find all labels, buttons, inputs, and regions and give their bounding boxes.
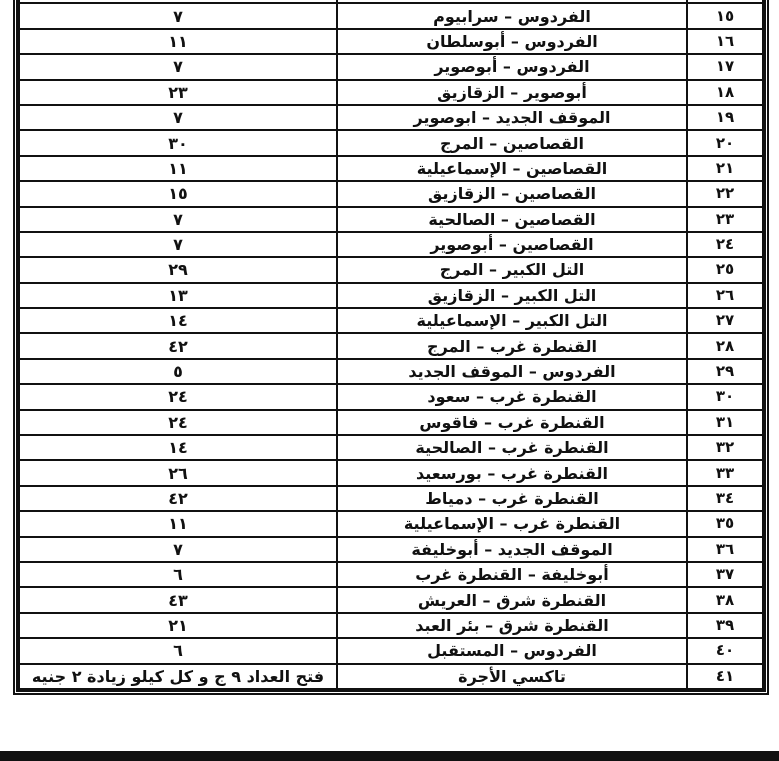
row-number-cell: ٣٢ [687, 435, 763, 460]
row-number-cell: ٢٥ [687, 257, 763, 282]
table-row: ٢٩الفردوس – الموقف الجديد٥ [19, 359, 763, 384]
table-row: ٣٧أبوخليفة – القنطرة غرب٦ [19, 562, 763, 587]
row-number-cell: ٣١ [687, 410, 763, 435]
fare-cell: ٢٣ [19, 80, 337, 105]
row-number-cell: ٢٢ [687, 181, 763, 206]
route-cell: الفردوس – أبوسلطان [337, 29, 687, 54]
row-number-cell: ٣٩ [687, 613, 763, 638]
table-row: ١٥الفردوس – سرابيوم٧ [19, 3, 763, 28]
fare-cell: ٣٠ [19, 130, 337, 155]
row-number-cell: ٢١ [687, 156, 763, 181]
route-cell: تاكسي الأجرة [337, 664, 687, 689]
row-number-cell: ٢٨ [687, 333, 763, 358]
fare-cell: ٤٢ [19, 486, 337, 511]
fare-table-body: ١٤١٥الفردوس – سرابيوم٧١٦الفردوس – أبوسلط… [19, 0, 763, 689]
route-cell: الفردوس – الموقف الجديد [337, 359, 687, 384]
page-bottom-rule [0, 751, 779, 761]
route-cell: التل الكبير – الزقازيق [337, 283, 687, 308]
fare-cell: ٢٤ [19, 410, 337, 435]
table-row: ٢٦التل الكبير – الزقازيق١٣ [19, 283, 763, 308]
route-cell: التل الكبير – المرج [337, 257, 687, 282]
fare-cell: ١٥ [19, 181, 337, 206]
fare-cell: ٢٩ [19, 257, 337, 282]
route-cell: التل الكبير – الإسماعيلية [337, 308, 687, 333]
table-row: ٢٢القصاصين – الزقازيق١٥ [19, 181, 763, 206]
table-row: ١٩الموقف الجديد – ابوصوير٧ [19, 105, 763, 130]
fare-cell: ٢٦ [19, 460, 337, 485]
table-row: ٣١القنطرة غرب – فاقوس٢٤ [19, 410, 763, 435]
table-row: ٣٥القنطرة غرب – الإسماعيلية١١ [19, 511, 763, 536]
row-number-cell: ٢٩ [687, 359, 763, 384]
fare-cell: ٦ [19, 638, 337, 663]
route-cell: القنطرة غرب – فاقوس [337, 410, 687, 435]
table-row: ٢٤القصاصين – أبوصوير٧ [19, 232, 763, 257]
fare-table-frame: ١٤١٥الفردوس – سرابيوم٧١٦الفردوس – أبوسلط… [13, 0, 769, 695]
row-number-cell: ٣٨ [687, 587, 763, 612]
table-row: ٣٦الموقف الجديد – أبوخليفة٧ [19, 537, 763, 562]
fare-cell: ٢٤ [19, 384, 337, 409]
row-number-cell: ١٩ [687, 105, 763, 130]
route-cell: القصاصين – الصالحية [337, 207, 687, 232]
route-cell: القصاصين – أبوصوير [337, 232, 687, 257]
table-row: ٣٨القنطرة شرق – العريش٤٣ [19, 587, 763, 612]
route-cell: الموقف الجديد – أبوخليفة [337, 537, 687, 562]
row-number-cell: ١٨ [687, 80, 763, 105]
table-row: ٢٧التل الكبير – الإسماعيلية١٤ [19, 308, 763, 333]
row-number-cell: ٢٣ [687, 207, 763, 232]
route-cell: القصاصين – المرج [337, 130, 687, 155]
fare-table: ١٤١٥الفردوس – سرابيوم٧١٦الفردوس – أبوسلط… [18, 0, 764, 690]
route-cell: الفردوس – المستقبل [337, 638, 687, 663]
table-row: ٣٩القنطرة شرق – بئر العبد٢١ [19, 613, 763, 638]
fare-cell: ٤٢ [19, 333, 337, 358]
table-row: ٢٠القصاصين – المرج٣٠ [19, 130, 763, 155]
fare-cell: ٥ [19, 359, 337, 384]
row-number-cell: ٢٠ [687, 130, 763, 155]
route-cell: القصاصين – الإسماعيلية [337, 156, 687, 181]
fare-cell: ١٣ [19, 283, 337, 308]
row-number-cell: ٣٦ [687, 537, 763, 562]
row-number-cell: ٣٠ [687, 384, 763, 409]
fare-cell: ٦ [19, 562, 337, 587]
row-number-cell: ٢٧ [687, 308, 763, 333]
row-number-cell: ٣٣ [687, 460, 763, 485]
row-number-cell: ٣٤ [687, 486, 763, 511]
fare-cell: ٧ [19, 207, 337, 232]
table-row: ٢٣القصاصين – الصالحية٧ [19, 207, 763, 232]
fare-cell: ٤٣ [19, 587, 337, 612]
table-row: ٣٢القنطرة غرب – الصالحية١٤ [19, 435, 763, 460]
table-row: ٤١تاكسي الأجرةفتح العداد ٩ ج و كل كيلو ز… [19, 664, 763, 689]
route-cell: القصاصين – الزقازيق [337, 181, 687, 206]
fare-cell: ١١ [19, 511, 337, 536]
route-cell: القنطرة غرب – المرج [337, 333, 687, 358]
route-cell: الموقف الجديد – ابوصوير [337, 105, 687, 130]
row-number-cell: ٢٤ [687, 232, 763, 257]
route-cell: القنطرة غرب – بورسعيد [337, 460, 687, 485]
fare-cell: ٧ [19, 3, 337, 28]
route-cell: القنطرة غرب – سعود [337, 384, 687, 409]
route-cell: أبوصوير – الزقازيق [337, 80, 687, 105]
fare-cell: ٧ [19, 232, 337, 257]
fare-cell: ١١ [19, 29, 337, 54]
fare-cell: ٧ [19, 537, 337, 562]
fare-cell: ٧ [19, 105, 337, 130]
table-row: ١٦الفردوس – أبوسلطان١١ [19, 29, 763, 54]
table-row: ٢٨القنطرة غرب – المرج٤٢ [19, 333, 763, 358]
table-row: ٢١القصاصين – الإسماعيلية١١ [19, 156, 763, 181]
table-row: ١٧الفردوس – أبوصوير٧ [19, 54, 763, 79]
row-number-cell: ٣٥ [687, 511, 763, 536]
fare-cell: ١٤ [19, 308, 337, 333]
fare-cell: ٧ [19, 54, 337, 79]
route-cell: الفردوس – أبوصوير [337, 54, 687, 79]
route-cell: أبوخليفة – القنطرة غرب [337, 562, 687, 587]
table-row: ٣٤القنطرة غرب – دمياط٤٢ [19, 486, 763, 511]
fare-cell: فتح العداد ٩ ج و كل كيلو زيادة ٢ جنيه [19, 664, 337, 689]
route-cell: القنطرة شرق – بئر العبد [337, 613, 687, 638]
fare-cell: ١١ [19, 156, 337, 181]
table-row: ٤٠الفردوس – المستقبل٦ [19, 638, 763, 663]
fare-cell: ٢١ [19, 613, 337, 638]
row-number-cell: ١٥ [687, 3, 763, 28]
fare-cell: ١٤ [19, 435, 337, 460]
row-number-cell: ٤٠ [687, 638, 763, 663]
row-number-cell: ٣٧ [687, 562, 763, 587]
table-row: ٢٥التل الكبير – المرج٢٩ [19, 257, 763, 282]
row-number-cell: ١٦ [687, 29, 763, 54]
route-cell: الفردوس – سرابيوم [337, 3, 687, 28]
route-cell: القنطرة غرب – دمياط [337, 486, 687, 511]
table-row: ٣٣القنطرة غرب – بورسعيد٢٦ [19, 460, 763, 485]
table-row: ٣٠القنطرة غرب – سعود٢٤ [19, 384, 763, 409]
route-cell: القنطرة غرب – الإسماعيلية [337, 511, 687, 536]
route-cell: القنطرة شرق – العريش [337, 587, 687, 612]
row-number-cell: ١٧ [687, 54, 763, 79]
row-number-cell: ٤١ [687, 664, 763, 689]
row-number-cell: ٢٦ [687, 283, 763, 308]
table-row: ١٨أبوصوير – الزقازيق٢٣ [19, 80, 763, 105]
route-cell: القنطرة غرب – الصالحية [337, 435, 687, 460]
